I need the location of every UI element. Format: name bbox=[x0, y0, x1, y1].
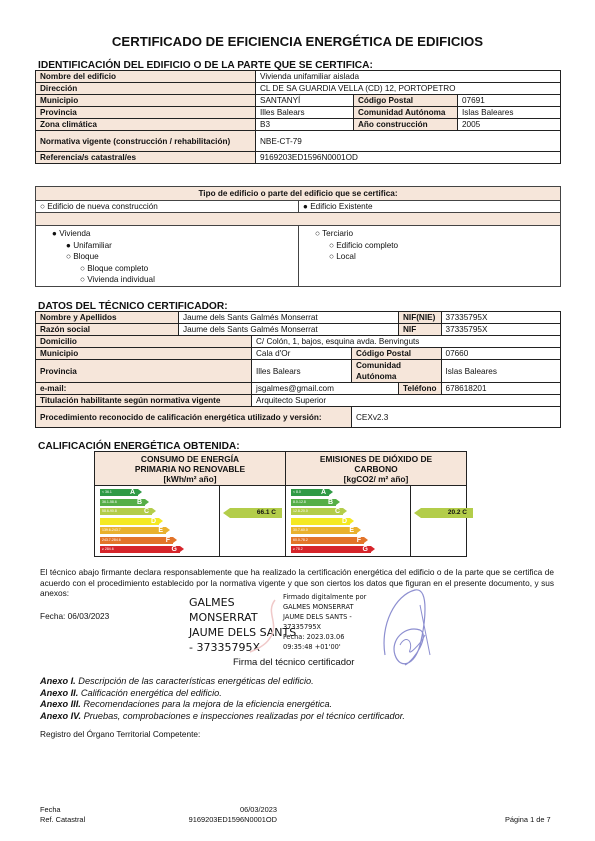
label: Domicilio bbox=[36, 336, 252, 348]
rating-bar-d: 90.8-139.6D bbox=[100, 518, 159, 525]
footer-date-label: Fecha bbox=[40, 805, 85, 815]
consumo-scale: < 36.1A36.1-58.6B58.6-90.8C90.8-139.6D13… bbox=[95, 486, 220, 557]
certifier-province: Illes Balears bbox=[252, 360, 352, 383]
label: NIF(NIE) bbox=[399, 312, 442, 324]
signature-detail-line: Fecha: 2023.03.06 bbox=[283, 632, 366, 642]
cadastral-reference: 9169203ED1596N0001OD bbox=[256, 152, 561, 164]
rating-bar-e: 139.6-243.7E bbox=[100, 527, 166, 534]
radio-new-construction: ○ Edificio de nueva construcción bbox=[36, 201, 299, 213]
signature-label: Firma del técnico certificador bbox=[233, 657, 354, 668]
rating-bar-d: 20.0-30.7D bbox=[291, 518, 350, 525]
rating-bar-e: 30.7-60.0E bbox=[291, 527, 357, 534]
label: Provincia bbox=[36, 360, 252, 383]
document-title: CERTIFICADO DE EFICIENCIA ENERGÉTICA DE … bbox=[0, 34, 595, 49]
radio-terciario: ○ Terciario bbox=[303, 228, 556, 240]
certifier-phone: 678618201 bbox=[441, 383, 560, 395]
signature-watermark-icon bbox=[245, 598, 295, 653]
energy-rating-table: CONSUMO DE ENERGÍAPRIMARIA NO RENOVABLE[… bbox=[94, 451, 467, 557]
construction-year: 2005 bbox=[458, 119, 561, 131]
consumo-result-cell: 66.1 C bbox=[220, 486, 286, 557]
annex-list: Anexo I. Descripción de las característi… bbox=[40, 676, 405, 722]
certifier-table: Nombre y ApellidosJaume dels Sants Galmé… bbox=[35, 311, 561, 428]
label: NIF bbox=[399, 324, 442, 336]
emisiones-scale: < 8.0A8.0-12.8B12.8-20.0C20.0-30.7D30.7-… bbox=[286, 486, 411, 557]
signature-detail-line: JAUME DELS SANTS - bbox=[283, 612, 366, 622]
company-name: Jaume dels Sants Galmés Monserrat bbox=[179, 324, 399, 336]
spacer-row bbox=[36, 213, 561, 226]
label: Comunidad Autónoma bbox=[354, 107, 458, 119]
label: Año construcción bbox=[354, 119, 458, 131]
province: Illes Balears bbox=[256, 107, 354, 119]
radio-local: ○ Local bbox=[303, 251, 556, 263]
municipality: SANTANYÍ bbox=[256, 95, 354, 107]
annex-item: Anexo I. Descripción de las característi… bbox=[40, 676, 405, 688]
radio-existing-building: ● Edificio Existente bbox=[299, 201, 561, 213]
footer-date: 06/03/2023 bbox=[180, 805, 277, 815]
digital-signature-details: Firmado digitalmente porGALMES MONSERRAT… bbox=[283, 592, 366, 652]
label: Normativa vigente (construcción / rehabi… bbox=[36, 131, 256, 152]
label: Comunidad Autónoma bbox=[352, 360, 442, 383]
building-identification-table: Nombre del edificioVivienda unifamiliar … bbox=[35, 70, 561, 164]
rating-bar-c: 12.8-20.0C bbox=[291, 508, 343, 515]
label: Municipio bbox=[36, 348, 252, 360]
building-type-table: Tipo de edificio o parte del edificio qu… bbox=[35, 186, 561, 287]
emisiones-result-cell: 20.2 C bbox=[411, 486, 467, 557]
rating-bar-b: 36.1-58.6B bbox=[100, 499, 145, 506]
certifier-municipality: Cala d'Or bbox=[252, 348, 352, 360]
label: Razón social bbox=[36, 324, 179, 336]
building-type-heading: Tipo de edificio o parte del edificio qu… bbox=[36, 187, 561, 201]
label: Municipio bbox=[36, 95, 256, 107]
label: Titulación habilitante según normativa v… bbox=[36, 395, 252, 407]
certifier-nif-nie: 37335795X bbox=[441, 312, 560, 324]
postal-code: 07691 bbox=[458, 95, 561, 107]
climate-zone: B3 bbox=[256, 119, 354, 131]
rating-bar-a: < 8.0A bbox=[291, 489, 329, 496]
consumo-header: CONSUMO DE ENERGÍAPRIMARIA NO RENOVABLE[… bbox=[95, 452, 286, 486]
annex-item: Anexo IV. Pruebas, comprobaciones e insp… bbox=[40, 711, 405, 723]
footer-labels: Fecha Ref. Catastral bbox=[40, 805, 85, 825]
label: e-mail: bbox=[36, 383, 252, 395]
radio-bloque: ○ Bloque bbox=[40, 251, 294, 263]
annex-item: Anexo III. Recomendaciones para la mejor… bbox=[40, 699, 405, 711]
label: Referencia/s catastral/es bbox=[36, 152, 256, 164]
procedure-version: CEXv2.3 bbox=[352, 407, 561, 428]
page-number: Página 1 de 7 bbox=[505, 815, 551, 825]
label: Zona climática bbox=[36, 119, 256, 131]
label: Nombre del edificio bbox=[36, 71, 256, 83]
rating-bar-g: ≥ 284.6G bbox=[100, 546, 180, 553]
emisiones-header: EMISIONES DE DIÓXIDO DECARBONO[kgCO2/ m²… bbox=[286, 452, 467, 486]
radio-vivienda: ● Vivienda bbox=[40, 228, 294, 240]
footer-values: 06/03/2023 9169203ED1596N0001OD bbox=[180, 805, 277, 825]
autonomous-community: Islas Baleares bbox=[458, 107, 561, 119]
signature-detail-line: 09:35:48 +01'00' bbox=[283, 642, 366, 652]
label: Procedimiento reconocido de calificación… bbox=[36, 407, 352, 428]
rating-bar-f: 60.0-78.2F bbox=[291, 537, 364, 544]
radio-vivienda-individual: ○ Vivienda individual bbox=[40, 274, 294, 286]
unit: [kWh/m² año] bbox=[99, 474, 281, 484]
address: CL DE SA GUARDIA VELLA (CD) 12, PORTOPET… bbox=[256, 83, 561, 95]
label: Código Postal bbox=[352, 348, 442, 360]
signature-detail-line: Firmado digitalmente por bbox=[283, 592, 366, 602]
residential-options: ● Vivienda ● Unifamiliar ○ Bloque ○ Bloq… bbox=[36, 226, 299, 287]
footer-ref-label: Ref. Catastral bbox=[40, 815, 85, 825]
radio-bloque-completo: ○ Bloque completo bbox=[40, 263, 294, 275]
footer-ref: 9169203ED1596N0001OD bbox=[180, 815, 277, 825]
certifier-name: Jaume dels Sants Galmés Monserrat bbox=[179, 312, 399, 324]
radio-edificio-completo: ○ Edificio completo bbox=[303, 240, 556, 252]
certifier-address: C/ Colón, 1, bajos, esquina avda. Benvin… bbox=[252, 336, 561, 348]
header-line: PRIMARIA NO RENOVABLE bbox=[99, 464, 281, 474]
label: Teléfono bbox=[399, 383, 442, 395]
tertiary-options: ○ Terciario ○ Edificio completo ○ Local bbox=[299, 226, 561, 287]
rating-bar-f: 243.7-284.6F bbox=[100, 537, 173, 544]
unit: [kgCO2/ m² año] bbox=[290, 474, 462, 484]
emisiones-rating-arrow: 20.2 C bbox=[421, 508, 473, 518]
rating-bar-b: 8.0-12.8B bbox=[291, 499, 336, 506]
label: Nombre y Apellidos bbox=[36, 312, 179, 324]
header-line: CONSUMO DE ENERGÍA bbox=[99, 454, 281, 464]
building-name: Vivienda unifamiliar aislada bbox=[256, 71, 561, 83]
company-nif: 37335795X bbox=[441, 324, 560, 336]
header-line: CARBONO bbox=[290, 464, 462, 474]
certifier-postal-code: 07660 bbox=[441, 348, 560, 360]
registry-label: Registro del Órgano Territorial Competen… bbox=[40, 729, 200, 739]
signature-detail-line: GALMES MONSERRAT bbox=[283, 602, 366, 612]
certifier-qualification: Arquitecto Superior bbox=[252, 395, 561, 407]
signature-detail-line: 37335795X bbox=[283, 622, 366, 632]
label: Provincia bbox=[36, 107, 256, 119]
radio-unifamiliar: ● Unifamiliar bbox=[40, 240, 294, 252]
rating-bar-c: 58.6-90.8C bbox=[100, 508, 152, 515]
regulation: NBE-CT-79 bbox=[256, 131, 561, 152]
header-line: EMISIONES DE DIÓXIDO DE bbox=[290, 454, 462, 464]
annex-item: Anexo II. Calificación energética del ed… bbox=[40, 688, 405, 700]
rating-bar-a: < 36.1A bbox=[100, 489, 138, 496]
label: Dirección bbox=[36, 83, 256, 95]
signature-date: Fecha: 06/03/2023 bbox=[40, 611, 109, 621]
certifier-email: jsgalmes@gmail.com bbox=[252, 383, 399, 395]
rating-bar-g: ≥ 78.2G bbox=[291, 546, 371, 553]
consumo-rating-arrow: 66.1 C bbox=[230, 508, 282, 518]
certifier-community: Islas Baleares bbox=[441, 360, 560, 383]
label: Código Postal bbox=[354, 95, 458, 107]
handwritten-signature-icon bbox=[375, 585, 445, 675]
